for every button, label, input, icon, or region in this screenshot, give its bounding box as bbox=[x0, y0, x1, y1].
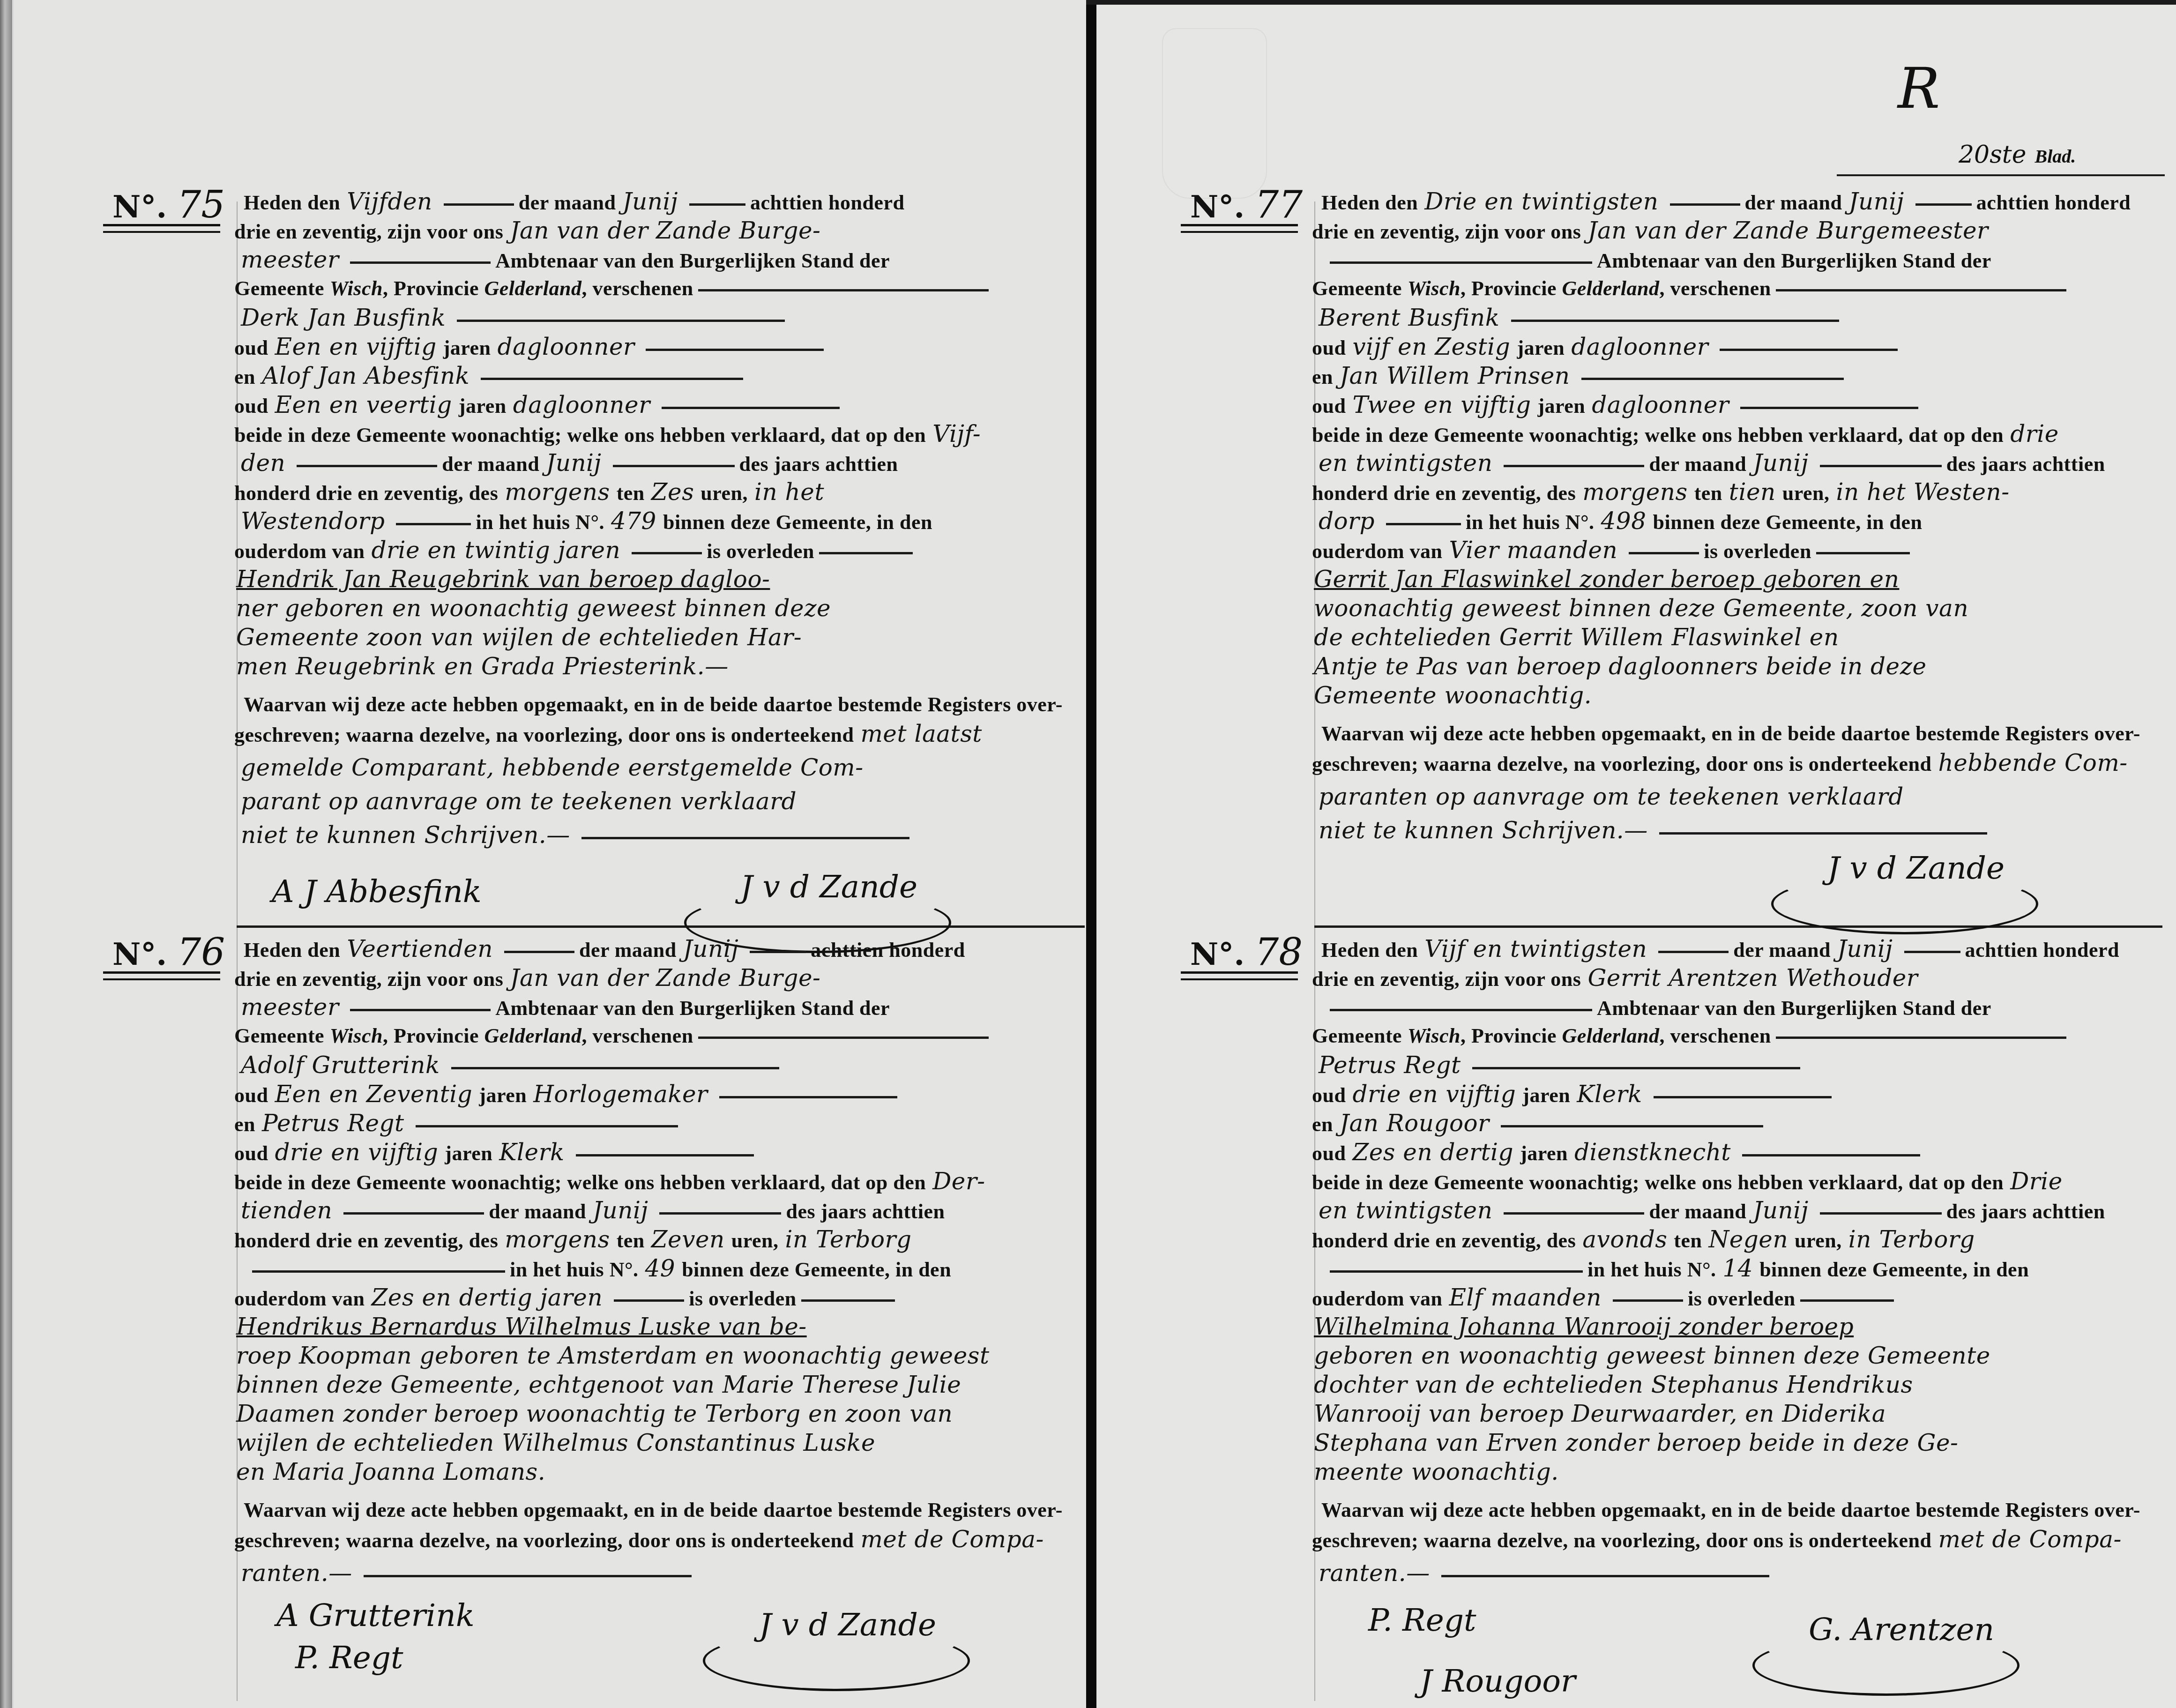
label: Waarvan wij deze acte hebben opgemaakt, … bbox=[244, 693, 1063, 716]
closing-text: met laatst bbox=[854, 720, 988, 747]
witness2-occupation: dagloonner bbox=[1585, 391, 1736, 418]
label: , Provincie bbox=[383, 1024, 484, 1047]
blank-rule bbox=[646, 349, 824, 351]
witness1-name: Petrus Regt bbox=[1312, 1052, 1468, 1079]
label: ten bbox=[617, 482, 645, 505]
blank-rule bbox=[416, 1125, 678, 1127]
line-time: honderd drie en zeventig, desmorgenstenZ… bbox=[234, 1225, 918, 1255]
witness1-name: Adolf Grutterink bbox=[234, 1052, 447, 1079]
deceased-detail-line: Gemeente zoon van wijlen de echtelieden … bbox=[230, 624, 808, 651]
deceased-detail-line: meente woonachtig. bbox=[1307, 1458, 1565, 1485]
label: jaren bbox=[1517, 336, 1565, 359]
label: beide in deze Gemeente woonachtig; welke… bbox=[1312, 1171, 2004, 1194]
deceased-line: Antje te Pas van beroep dagloonners beid… bbox=[1307, 652, 1933, 682]
blank-rule bbox=[698, 289, 989, 291]
label: drie en zeventig, zijn voor ons bbox=[234, 220, 503, 243]
closing-line: niet te kunnen Schrijven.— bbox=[1312, 816, 1992, 846]
label: oud bbox=[234, 336, 268, 359]
line-ambtenaar: Ambtenaar van den Burgerlijken Stand der bbox=[1312, 246, 1991, 275]
record-number: N°.77 bbox=[1190, 183, 1303, 226]
label: uren, bbox=[1782, 482, 1830, 505]
line-age: ouderdom vandrie en twintig jarenis over… bbox=[234, 536, 917, 566]
label: honderd drie en zeventig, des bbox=[234, 1229, 498, 1252]
deceased-line: Stephana van Erven zonder beroep beide i… bbox=[1307, 1429, 1965, 1458]
witness1-occupation: Horlogemaker bbox=[527, 1081, 714, 1108]
blank-rule bbox=[1659, 832, 1987, 835]
label: Gemeente bbox=[234, 1024, 330, 1047]
label: honderd drie en zeventig, des bbox=[1312, 1229, 1576, 1252]
line-gemeente: Gemeente Wisch, Provincie Gelderland, ve… bbox=[1312, 1022, 2071, 1050]
line-age: ouderdom vanZes en dertig jarenis overle… bbox=[234, 1283, 900, 1313]
time-of-day: morgens bbox=[498, 1226, 616, 1253]
hour: tien bbox=[1722, 478, 1782, 506]
label: Waarvan wij deze acte hebben opgemaakt, … bbox=[1321, 722, 2140, 745]
label: uren, bbox=[1795, 1229, 1842, 1252]
label: Waarvan wij deze acte hebben opgemaakt, … bbox=[1321, 1499, 2140, 1522]
deceased-detail-line: men Reugebrink en Grada Priesterink.— bbox=[230, 653, 735, 680]
closing-line: ranten.— bbox=[234, 1559, 696, 1589]
label: jaren bbox=[1537, 395, 1585, 418]
deceased-line: binnen deze Gemeente, echtgenoot van Mar… bbox=[230, 1371, 968, 1400]
hour: Zes bbox=[645, 478, 701, 506]
label: , verschenen bbox=[1659, 277, 1771, 300]
witness2-name: Petrus Regt bbox=[255, 1110, 411, 1137]
label: oud bbox=[1312, 336, 1346, 359]
label: , verschenen bbox=[581, 1024, 693, 1047]
line-death-date: en twintigstender maandJunijdes jaars ac… bbox=[1312, 1196, 2105, 1226]
closing-line: paranten op aanvrage om te teekenen verk… bbox=[1312, 783, 1910, 812]
date-month: Junij bbox=[1831, 935, 1899, 962]
label: is overleden bbox=[689, 1287, 797, 1310]
line-witness2: enJan Rougoor bbox=[1312, 1109, 1768, 1139]
deceased-line: meente woonachtig. bbox=[1307, 1458, 1565, 1487]
line-date: Heden denVijf en twintigstender maandJun… bbox=[1321, 935, 2119, 964]
record-number-underline bbox=[103, 224, 220, 233]
record-number-value: 77 bbox=[1255, 183, 1303, 226]
deceased-detail-line: Wanrooij van beroep Deurwaarder, en Dide… bbox=[1307, 1400, 1893, 1427]
line-witness2: enPetrus Regt bbox=[234, 1109, 683, 1139]
deceased-line: Hendrik Jan Reugebrink van beroep dagloo… bbox=[230, 565, 776, 595]
label: geschreven; waarna dezelve, na voorlezin… bbox=[1312, 1529, 1931, 1552]
label: drie en zeventig, zijn voor ons bbox=[234, 968, 503, 991]
label: geschreven; waarna dezelve, na voorlezin… bbox=[234, 723, 854, 746]
witness2-occupation: Klerk bbox=[492, 1139, 571, 1166]
closing-text: niet te kunnen Schrijven.— bbox=[234, 821, 577, 849]
label: Gemeente bbox=[234, 277, 330, 300]
closing-text: ranten.— bbox=[1312, 1559, 1437, 1587]
label: is overleden bbox=[707, 540, 814, 563]
death-month: Junij bbox=[539, 449, 608, 477]
deceased-age: Elf maanden bbox=[1443, 1284, 1608, 1311]
record-number: N°.78 bbox=[1190, 930, 1303, 974]
label: oud bbox=[1312, 395, 1346, 418]
line-official: drie en zeventig, zijn voor onsJan van d… bbox=[234, 216, 827, 246]
line-witness1: Petrus Regt bbox=[1312, 1051, 1805, 1081]
label: in het huis N°. bbox=[510, 1258, 639, 1281]
line-waarvan-1: Waarvan wij deze acte hebben opgemaakt, … bbox=[1321, 720, 2140, 748]
blank-rule bbox=[698, 1037, 989, 1039]
line-witness1-age: oudvijf en Zestigjarendagloonner bbox=[1312, 333, 1902, 362]
closing-line: gemelde Comparant, hebbende eerstgemelde… bbox=[234, 753, 870, 783]
label: drie en zeventig, zijn voor ons bbox=[1312, 220, 1581, 243]
deceased-detail-line: Gemeente woonachtig. bbox=[1307, 682, 1598, 709]
line-gemeente: Gemeente Wisch, Provincie Gelderland, ve… bbox=[234, 275, 993, 303]
record-number-value: 78 bbox=[1255, 930, 1303, 974]
label: jaren bbox=[459, 395, 507, 418]
closing-text: parant op aanvrage om te teekenen verkla… bbox=[234, 788, 803, 815]
blank-rule bbox=[457, 320, 785, 322]
label: honderd drie en zeventig, des bbox=[1312, 482, 1576, 505]
closing-text: met de Compa- bbox=[854, 1526, 1050, 1553]
line-official: drie en zeventig, zijn voor onsJan van d… bbox=[234, 964, 827, 993]
deceased-line: Daamen zonder beroep woonachtig te Terbo… bbox=[230, 1400, 959, 1429]
line-beide: beide in deze Gemeente woonachtig; welke… bbox=[234, 1167, 992, 1197]
label: oud bbox=[234, 1142, 268, 1165]
blank-rule bbox=[1776, 289, 2066, 291]
deceased-line: wijlen de echtelieden Wilhelmus Constant… bbox=[230, 1429, 882, 1458]
label: Waarvan wij deze acte hebben opgemaakt, … bbox=[244, 1499, 1063, 1522]
blank-rule bbox=[1654, 1096, 1832, 1098]
death-month: Junij bbox=[586, 1197, 655, 1224]
blank-rule bbox=[1915, 203, 1972, 206]
number-label: N°. bbox=[112, 188, 167, 225]
line-witness1-age: oudEen en vijftigjarendagloonner bbox=[234, 333, 828, 362]
blank-rule bbox=[659, 1212, 781, 1215]
blank-rule bbox=[1658, 951, 1729, 953]
label: , Provincie bbox=[383, 277, 484, 300]
blank-rule bbox=[1629, 552, 1699, 554]
time-of-day: avonds bbox=[1576, 1226, 1674, 1253]
death-day: Drie bbox=[2004, 1168, 2069, 1195]
line-ambtenaar: Ambtenaar van den Burgerlijken Stand der bbox=[1312, 993, 1991, 1022]
deceased-detail-line: Antje te Pas van beroep dagloonners beid… bbox=[1307, 653, 1933, 680]
label: beide in deze Gemeente woonachtig; welke… bbox=[234, 424, 926, 447]
official-title: meester bbox=[234, 993, 345, 1021]
signature: A Grutterink bbox=[276, 1597, 475, 1633]
deceased-detail-line: woonachtig geweest binnen deze Gemeente,… bbox=[1307, 595, 1975, 622]
witness1-age: vijf en Zestig bbox=[1346, 333, 1517, 360]
label: der maand bbox=[579, 939, 677, 962]
label: des jaars achttien bbox=[739, 453, 898, 476]
label: en bbox=[1312, 1113, 1333, 1136]
label: achttien honderd bbox=[1976, 191, 2131, 214]
label: binnen deze Gemeente, in den bbox=[663, 511, 932, 534]
label: Heden den bbox=[244, 939, 340, 962]
municipality: Wisch bbox=[330, 277, 383, 300]
deceased-line: men Reugebrink en Grada Priesterink.— bbox=[230, 652, 735, 682]
label: oud bbox=[234, 1084, 268, 1107]
witness2-age: drie en vijftig bbox=[268, 1139, 445, 1166]
label: en bbox=[234, 365, 255, 388]
label: Heden den bbox=[244, 191, 340, 214]
page-number: 20steBlad. bbox=[1959, 141, 2076, 169]
label: ouderdom van bbox=[1312, 540, 1443, 563]
label: beide in deze Gemeente woonachtig; welke… bbox=[234, 1171, 926, 1194]
closing-text: ranten.— bbox=[234, 1559, 359, 1587]
label: jaren bbox=[1520, 1142, 1568, 1165]
label: achttien honderd bbox=[1965, 939, 2119, 962]
witness1-occupation: dagloonner bbox=[491, 333, 641, 360]
house-number: 498 bbox=[1595, 507, 1653, 535]
label: beide in deze Gemeente woonachtig; welke… bbox=[1312, 424, 2004, 447]
official-name: Jan van der Zande Burgemeester bbox=[1581, 217, 1995, 244]
blank-rule bbox=[632, 552, 702, 554]
record-separator-left bbox=[237, 925, 1085, 928]
record-number-value: 75 bbox=[177, 183, 225, 226]
blank-rule bbox=[1501, 1125, 1763, 1127]
label: der maand bbox=[489, 1200, 586, 1223]
deceased-line: roep Koopman geboren te Amsterdam en woo… bbox=[230, 1342, 996, 1371]
blank-rule bbox=[1472, 1067, 1800, 1069]
province: Gelderland bbox=[1562, 1024, 1660, 1047]
line-beide: beide in deze Gemeente woonachtig; welke… bbox=[1312, 420, 2065, 449]
place: in Terborg bbox=[1842, 1226, 1982, 1253]
line-waarvan-1: Waarvan wij deze acte hebben opgemaakt, … bbox=[244, 691, 1063, 719]
label: drie en zeventig, zijn voor ons bbox=[1312, 968, 1581, 991]
blank-rule bbox=[1720, 349, 1898, 351]
label: uren, bbox=[700, 482, 748, 505]
official-title bbox=[1312, 993, 1325, 1021]
closing-text: hebbende Com- bbox=[1931, 749, 2134, 776]
record-number-value: 76 bbox=[177, 930, 225, 974]
place-cont: dorp bbox=[1312, 507, 1381, 535]
label: Ambtenaar van den Burgerlijken Stand der bbox=[1597, 997, 1991, 1020]
date-day: Vijf en twintigsten bbox=[1418, 935, 1654, 962]
blank-rule bbox=[1504, 465, 1644, 467]
blank-rule bbox=[1330, 1270, 1583, 1273]
blank-rule bbox=[350, 261, 491, 264]
witness1-age: drie en vijftig bbox=[1346, 1081, 1522, 1108]
blank-rule bbox=[576, 1154, 754, 1156]
witness2-age: Zes en dertig bbox=[1346, 1139, 1520, 1166]
label: Ambtenaar van den Burgerlijken Stand der bbox=[495, 249, 890, 272]
closing-text: niet te kunnen Schrijven.— bbox=[1312, 817, 1654, 844]
label: in het huis N°. bbox=[476, 511, 604, 534]
deceased-line: Gerrit Jan Flaswinkel zonder beroep gebo… bbox=[1307, 565, 1906, 595]
line-age: ouderdom vanVier maandenis overleden bbox=[1312, 536, 1915, 566]
line-gemeente: Gemeente Wisch, Provincie Gelderland, ve… bbox=[1312, 275, 2071, 303]
official-name: Jan van der Zande Burge- bbox=[503, 217, 827, 244]
page-top-edge bbox=[1086, 0, 2176, 5]
place-cont: Westendorp bbox=[234, 507, 391, 535]
place: in het Westen- bbox=[1829, 478, 2016, 506]
house-number: 14 bbox=[1716, 1255, 1760, 1282]
witness1-occupation: dagloonner bbox=[1565, 333, 1715, 360]
line-witness2: enJan Willem Prinsen bbox=[1312, 362, 1848, 391]
blank-rule bbox=[252, 1270, 505, 1273]
blank-rule bbox=[451, 1067, 779, 1069]
label: jaren bbox=[479, 1084, 527, 1107]
signature-flourish bbox=[703, 1630, 970, 1691]
label: oud bbox=[234, 395, 268, 418]
house-number: 479 bbox=[604, 507, 663, 535]
label: en bbox=[1312, 365, 1333, 388]
date-day: Veertienden bbox=[340, 935, 499, 962]
record-number: N°.76 bbox=[112, 930, 225, 974]
label: ten bbox=[1674, 1229, 1702, 1252]
line-witness2-age: oudEen en veertigjarendagloonner bbox=[234, 391, 844, 420]
place-cont bbox=[1312, 1255, 1325, 1282]
label: jaren bbox=[1522, 1084, 1570, 1107]
death-day-cont: en twintigsten bbox=[1312, 449, 1499, 477]
deceased-detail-line: dochter van de echtelieden Stephanus Hen… bbox=[1307, 1371, 1920, 1398]
blank-rule bbox=[1820, 465, 1942, 467]
label: des jaars achttien bbox=[786, 1200, 945, 1223]
blank-rule bbox=[1441, 1575, 1769, 1577]
line-date: Heden denVeertiendender maandJunijachtti… bbox=[244, 935, 965, 964]
label: binnen deze Gemeente, in den bbox=[1653, 511, 1922, 534]
label: ouderdom van bbox=[234, 540, 365, 563]
line-house: dorpin het huis N°.498binnen deze Gemeen… bbox=[1312, 507, 1922, 537]
label: in het huis N°. bbox=[1466, 511, 1595, 534]
blank-rule bbox=[1613, 1299, 1683, 1302]
hour: Negen bbox=[1702, 1226, 1795, 1253]
official-title: meester bbox=[234, 246, 345, 273]
municipality: Wisch bbox=[330, 1024, 383, 1047]
blank-rule bbox=[613, 465, 735, 467]
blank-rule bbox=[801, 1299, 895, 1302]
deceased-line: Gemeente woonachtig. bbox=[1307, 681, 1598, 711]
date-day: Vijfden bbox=[340, 188, 439, 215]
line-date: Heden denDrie en twintigstender maandJun… bbox=[1321, 187, 2131, 217]
line-age: ouderdom vanElf maandenis overleden bbox=[1312, 1283, 1899, 1313]
blank-rule bbox=[719, 1096, 897, 1098]
line-witness2: enAlof Jan Abesfink bbox=[234, 362, 748, 391]
death-day-cont: en twintigsten bbox=[1312, 1197, 1499, 1224]
line-waarvan-1: Waarvan wij deze acte hebben opgemaakt, … bbox=[244, 1496, 1063, 1524]
deceased-name-line: Wilhelmina Johanna Wanrooij zonder beroe… bbox=[1307, 1313, 1860, 1340]
blank-rule bbox=[1776, 1037, 2066, 1039]
deceased-detail-line: de echtelieden Gerrit Willem Flaswinkel … bbox=[1307, 624, 1846, 651]
blank-rule bbox=[343, 1212, 484, 1215]
blank-rule bbox=[614, 1299, 684, 1302]
label: Gemeente bbox=[1312, 277, 1408, 300]
line-waarvan-2: geschreven; waarna dezelve, na voorlezin… bbox=[1312, 749, 2134, 778]
date-month: Junij bbox=[1842, 188, 1910, 215]
deceased-line: Hendrikus Bernardus Wilhelmus Luske van … bbox=[230, 1313, 813, 1342]
deceased-age: Zes en dertig jaren bbox=[365, 1284, 610, 1311]
record-number-underline bbox=[1181, 224, 1298, 233]
line-waarvan-1: Waarvan wij deze acte hebben opgemaakt, … bbox=[1321, 1496, 2140, 1524]
label: jaren bbox=[445, 1142, 492, 1165]
witness2-name: Jan Willem Prinsen bbox=[1333, 362, 1577, 389]
hour: Zeven bbox=[645, 1226, 731, 1253]
blank-rule bbox=[1740, 407, 1918, 409]
label: binnen deze Gemeente, in den bbox=[1759, 1258, 2029, 1281]
page-word: Blad. bbox=[2035, 146, 2076, 167]
municipality: Wisch bbox=[1408, 1024, 1461, 1047]
line-ambtenaar: meesterAmbtenaar van den Burgerlijken St… bbox=[234, 993, 890, 1022]
line-witness1: Berent Busfink bbox=[1312, 304, 1844, 333]
label: ten bbox=[1694, 482, 1722, 505]
label: Ambtenaar van den Burgerlijken Stand der bbox=[1597, 249, 1991, 272]
witness2-age: Twee en vijftig bbox=[1346, 391, 1537, 418]
line-official: drie en zeventig, zijn voor onsJan van d… bbox=[1312, 216, 1995, 246]
signature: P. Regt bbox=[295, 1640, 403, 1676]
label: in het huis N°. bbox=[1587, 1258, 1716, 1281]
number-label: N°. bbox=[1190, 936, 1244, 972]
deceased-name-line: Hendrikus Bernardus Wilhelmus Luske van … bbox=[230, 1313, 813, 1340]
label: oud bbox=[1312, 1142, 1346, 1165]
label: Gemeente bbox=[1312, 1024, 1408, 1047]
line-witness1-age: oudEen en ZeventigjarenHorlogemaker bbox=[234, 1080, 902, 1110]
death-day: Vijf- bbox=[926, 420, 987, 448]
page-number-rule bbox=[1837, 174, 2165, 176]
label: , Provincie bbox=[1461, 1024, 1562, 1047]
official-name: Gerrit Arentzen Wethouder bbox=[1581, 964, 1924, 992]
label: ouderdom van bbox=[1312, 1287, 1443, 1310]
deceased-detail-line: Stephana van Erven zonder beroep beide i… bbox=[1307, 1429, 1965, 1456]
house-number: 49 bbox=[639, 1255, 682, 1282]
label: binnen deze Gemeente, in den bbox=[682, 1258, 951, 1281]
number-label: N°. bbox=[112, 936, 167, 972]
blank-rule bbox=[1816, 552, 1910, 554]
line-witness1: Derk Jan Busfink bbox=[234, 304, 790, 333]
record-number-underline bbox=[1181, 971, 1298, 980]
deceased-line: en Maria Joanna Lomans. bbox=[230, 1458, 552, 1487]
signature: J Rougoor bbox=[1420, 1663, 1576, 1699]
deceased-line: Wanrooij van beroep Deurwaarder, en Dide… bbox=[1307, 1400, 1893, 1429]
blank-rule bbox=[662, 407, 840, 409]
deceased-detail-line: binnen deze Gemeente, echtgenoot van Mar… bbox=[230, 1371, 968, 1398]
death-month: Junij bbox=[1746, 1197, 1815, 1224]
label: der maand bbox=[442, 453, 539, 476]
deceased-detail-line: en Maria Joanna Lomans. bbox=[230, 1458, 552, 1485]
municipality: Wisch bbox=[1408, 277, 1461, 300]
signature: P. Regt bbox=[1368, 1602, 1476, 1638]
line-waarvan-2: geschreven; waarna dezelve, na voorlezin… bbox=[1312, 1525, 2128, 1555]
label: is overleden bbox=[1704, 540, 1811, 563]
deceased-name-line: Hendrik Jan Reugebrink van beroep dagloo… bbox=[230, 566, 776, 593]
place-cont bbox=[234, 1255, 247, 1282]
label: geschreven; waarna dezelve, na voorlezin… bbox=[234, 1529, 854, 1552]
death-day-cont: tienden bbox=[234, 1197, 339, 1224]
deceased-age: drie en twintig jaren bbox=[365, 537, 627, 564]
label: der maand bbox=[1649, 453, 1746, 476]
line-witness1-age: ouddrie en vijftigjarenKlerk bbox=[1312, 1080, 1836, 1110]
label: Ambtenaar van den Burgerlijken Stand der bbox=[495, 997, 890, 1020]
closing-text: met de Compa- bbox=[1931, 1526, 2128, 1553]
line-waarvan-2: geschreven; waarna dezelve, na voorlezin… bbox=[234, 720, 989, 749]
deceased-detail-line: Daamen zonder beroep woonachtig te Terbo… bbox=[230, 1400, 959, 1427]
blank-rule bbox=[1670, 203, 1740, 206]
label: achttien honderd bbox=[750, 191, 904, 214]
closing-line: niet te kunnen Schrijven.— bbox=[234, 821, 914, 850]
death-day: drie bbox=[2004, 420, 2065, 448]
blank-rule bbox=[750, 951, 806, 953]
witness2-age: Een en veertig bbox=[268, 391, 458, 418]
date-day: Drie en twintigsten bbox=[1418, 188, 1665, 215]
label: der maand bbox=[519, 191, 616, 214]
blank-rule bbox=[1504, 1212, 1644, 1215]
book-binding-edge bbox=[0, 0, 12, 1708]
witness2-occupation: dagloonner bbox=[507, 391, 657, 418]
line-death-date: en twintigstender maandJunijdes jaars ac… bbox=[1312, 449, 2105, 478]
label: is overleden bbox=[1688, 1287, 1796, 1310]
blank-rule bbox=[1330, 1009, 1592, 1011]
deceased-line: Wilhelmina Johanna Wanrooij zonder beroe… bbox=[1307, 1313, 1860, 1342]
official-name: Jan van der Zande Burge- bbox=[503, 964, 827, 992]
label: honderd drie en zeventig, des bbox=[234, 482, 498, 505]
label: der maand bbox=[1745, 191, 1842, 214]
label: der maand bbox=[1733, 939, 1831, 962]
deceased-detail-line: ner geboren en woonachtig geweest binnen… bbox=[230, 595, 837, 622]
deceased-detail-line: geboren en woonachtig geweest binnen dez… bbox=[1307, 1342, 1997, 1369]
line-house: in het huis N°.14binnen deze Gemeente, i… bbox=[1312, 1254, 2029, 1284]
number-label: N°. bbox=[1190, 188, 1244, 225]
province: Gelderland bbox=[1562, 277, 1660, 300]
witness2-name: Jan Rougoor bbox=[1333, 1110, 1496, 1137]
